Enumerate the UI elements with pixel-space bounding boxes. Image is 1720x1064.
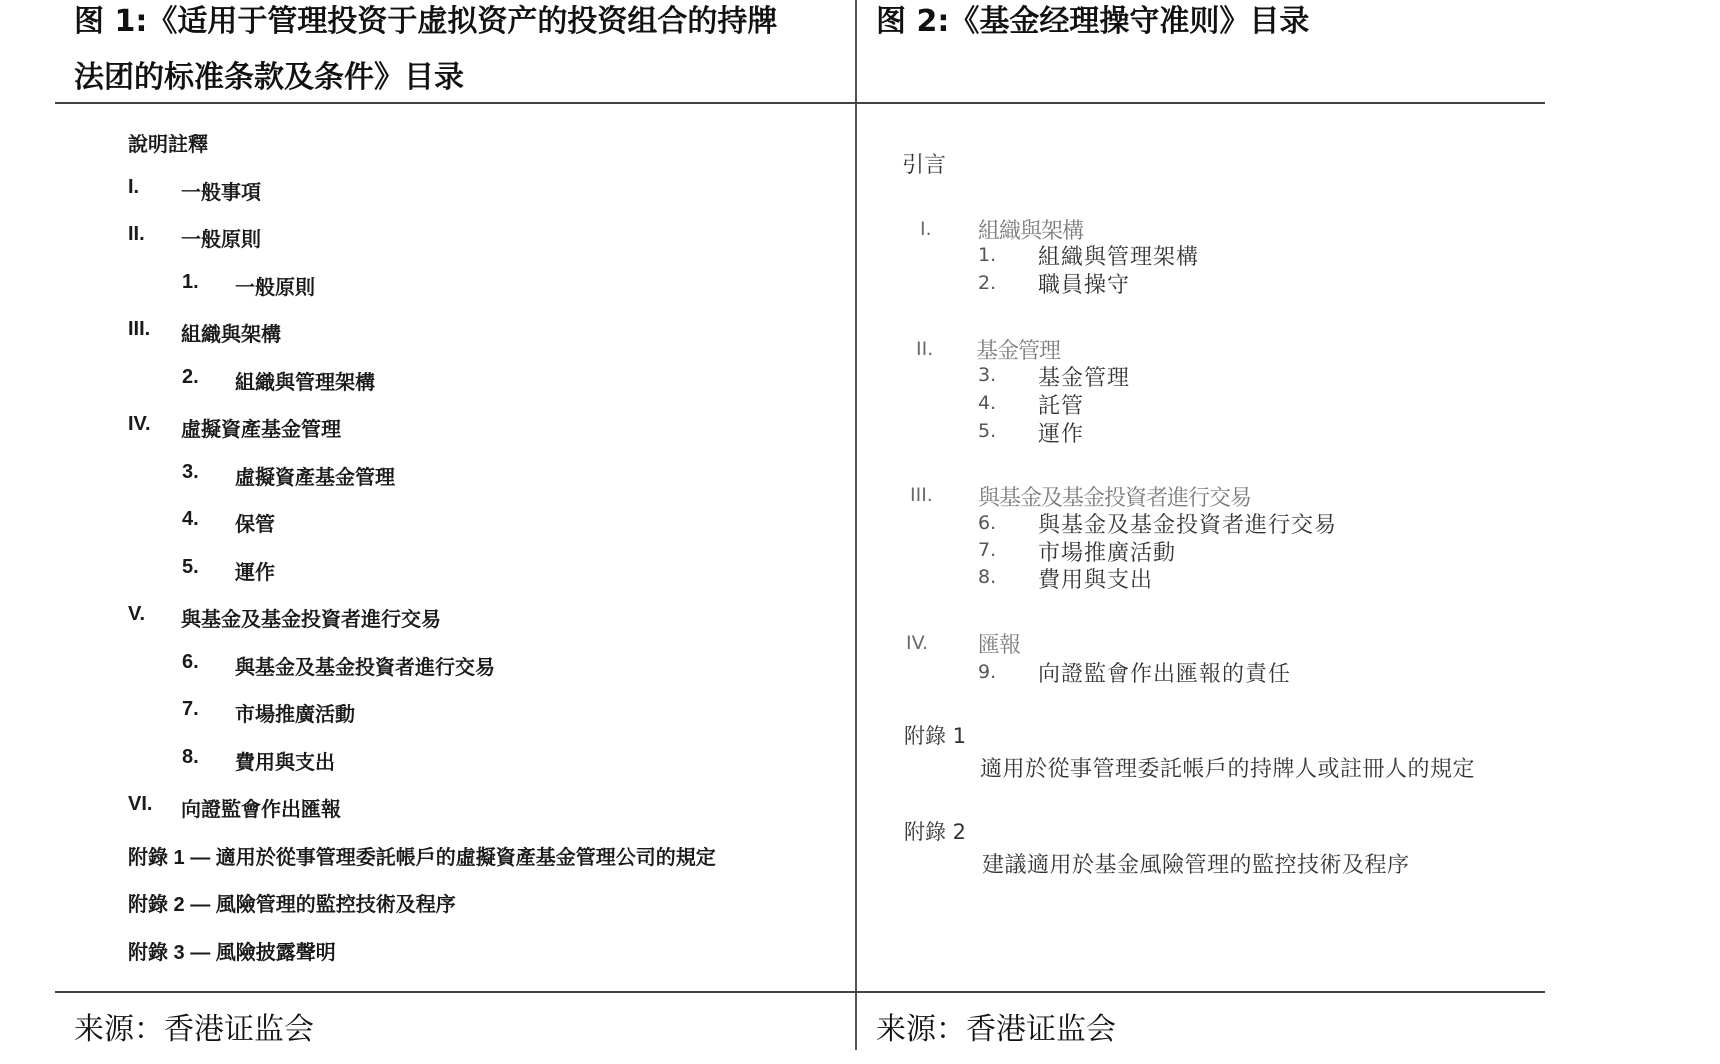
toc1-row: 4. 保管 [128, 508, 848, 556]
toc1-appendix: 附錄 3 — 風險披露聲明 [128, 936, 336, 965]
toc1-row: 6. 與基金及基金投資者進行交易 [128, 651, 848, 699]
toc2-appendix-label: 附錄 2 [904, 816, 966, 846]
toc2-item-text: 運作 [1038, 417, 1084, 448]
toc2-item-number: 7. [978, 539, 996, 561]
figure1-title: 图 1:《适用于管理投资于虚拟资产的投资组合的持牌 法团的标准条款及条件》目录 [74, 0, 854, 106]
toc1-text: 保管 [235, 508, 275, 537]
toc1-appendix: 附錄 1 — 適用於從事管理委託帳戶的虛擬資產基金管理公司的規定 [128, 841, 716, 870]
toc1-text: 運作 [235, 556, 275, 585]
toc1-row: 1. 一般原則 [128, 271, 848, 319]
toc1-number: 8. [182, 746, 199, 769]
toc1-text: 市場推廣活動 [235, 698, 355, 727]
toc1-text: 與基金及基金投資者進行交易 [181, 603, 441, 632]
toc2-item-number: 1. [978, 244, 996, 266]
toc1-number: 1. [182, 271, 199, 294]
toc1-row: 附錄 2 — 風險管理的監控技術及程序 [128, 888, 848, 936]
figure1-source: 来源：香港证监会 [74, 1004, 314, 1048]
toc2-appendix-text: 建議適用於基金風險管理的監控技術及程序 [982, 848, 1410, 879]
toc2-item-number: 5. [978, 420, 996, 442]
figure1-title-line2: 法团的标准条款及条件》目录 [74, 50, 854, 106]
toc2-item-number: 3. [978, 364, 996, 386]
toc1-text: 虛擬資產基金管理 [235, 461, 395, 490]
toc1-appendix: 附錄 2 — 風險管理的監控技術及程序 [128, 888, 456, 917]
toc1-row: 附錄 1 — 適用於從事管理委託帳戶的虛擬資產基金管理公司的規定 [128, 841, 848, 889]
toc1-number: IV. [128, 413, 151, 436]
column-divider [855, 0, 857, 1050]
toc1-text: 說明註釋 [128, 128, 208, 157]
toc1-text: 組織與管理架構 [235, 366, 375, 395]
toc2-item-text: 向證監會作出匯報的責任 [1038, 657, 1291, 688]
figure2-title: 图 2:《基金经理操守准则》目录 [876, 0, 1516, 50]
toc1-row: 說明註釋 [128, 128, 848, 176]
toc2-section-title: 匯報 [978, 628, 1020, 659]
toc2-item-text: 組織與管理架構 [1038, 240, 1199, 271]
toc1-number: 2. [182, 366, 199, 389]
toc1-row: 5. 運作 [128, 556, 848, 604]
toc1-row: I. 一般事項 [128, 176, 848, 224]
toc1-text: 費用與支出 [235, 746, 335, 775]
toc1-number: 4. [182, 508, 199, 531]
figure2-source: 来源：香港证监会 [876, 1004, 1116, 1048]
toc2-item-number: 4. [978, 392, 996, 414]
figure1-toc: 說明註釋 I. 一般事項 II. 一般原則 1. 一般原則 III. 組織與架構… [128, 128, 848, 983]
toc2-intro: 引言 [902, 148, 946, 179]
toc1-row: 3. 虛擬資產基金管理 [128, 461, 848, 509]
toc1-row: 附錄 3 — 風險披露聲明 [128, 936, 848, 984]
toc2-item-text: 基金管理 [1038, 361, 1130, 392]
toc2-section-number: III. [910, 484, 933, 506]
toc1-number: VI. [128, 793, 152, 816]
toc2-item-number: 9. [978, 661, 996, 683]
toc1-row: 2. 組織與管理架構 [128, 366, 848, 414]
toc1-row: II. 一般原則 [128, 223, 848, 271]
toc1-row: VI. 向證監會作出匯報 [128, 793, 848, 841]
toc2-item-number: 2. [978, 272, 996, 294]
toc1-number: I. [128, 176, 139, 199]
toc1-row: 7. 市場推廣活動 [128, 698, 848, 746]
toc1-number: 3. [182, 461, 199, 484]
toc2-section-number: I. [920, 218, 932, 240]
toc1-number: II. [128, 223, 145, 246]
toc1-text: 組織與架構 [181, 318, 281, 347]
toc1-text: 一般原則 [235, 271, 315, 300]
toc2-item-text: 託管 [1038, 389, 1084, 420]
toc2-item-number: 8. [978, 566, 996, 588]
toc2-appendix-text: 適用於從事管理委託帳戶的持牌人或註冊人的規定 [980, 752, 1475, 783]
toc1-text: 虛擬資產基金管理 [181, 413, 341, 442]
toc1-number: III. [128, 318, 150, 341]
figure1-title-line1: 图 1:《适用于管理投资于虚拟资产的投资组合的持牌 [74, 0, 854, 50]
toc1-row: IV. 虛擬資產基金管理 [128, 413, 848, 461]
footer-rule [55, 991, 1545, 993]
toc1-row: III. 組織與架構 [128, 318, 848, 366]
toc1-text: 一般原則 [181, 223, 261, 252]
toc1-row: V. 與基金及基金投資者進行交易 [128, 603, 848, 651]
toc1-number: 6. [182, 651, 199, 674]
toc2-item-text: 職員操守 [1038, 268, 1130, 299]
toc1-row: 8. 費用與支出 [128, 746, 848, 794]
toc1-number: 5. [182, 556, 199, 579]
toc2-section-number: II. [916, 338, 933, 360]
toc2-item-text: 與基金及基金投資者進行交易 [1038, 508, 1337, 539]
toc2-item-text: 費用與支出 [1038, 563, 1153, 594]
toc1-text: 向證監會作出匯報 [181, 793, 341, 822]
toc2-item-number: 6. [978, 512, 996, 534]
toc2-appendix-label: 附錄 1 [904, 720, 966, 750]
toc1-number: 7. [182, 698, 199, 721]
toc2-section-number: IV. [906, 632, 928, 654]
toc1-text: 與基金及基金投資者進行交易 [235, 651, 495, 680]
toc1-number: V. [128, 603, 145, 626]
toc1-text: 一般事項 [181, 176, 261, 205]
